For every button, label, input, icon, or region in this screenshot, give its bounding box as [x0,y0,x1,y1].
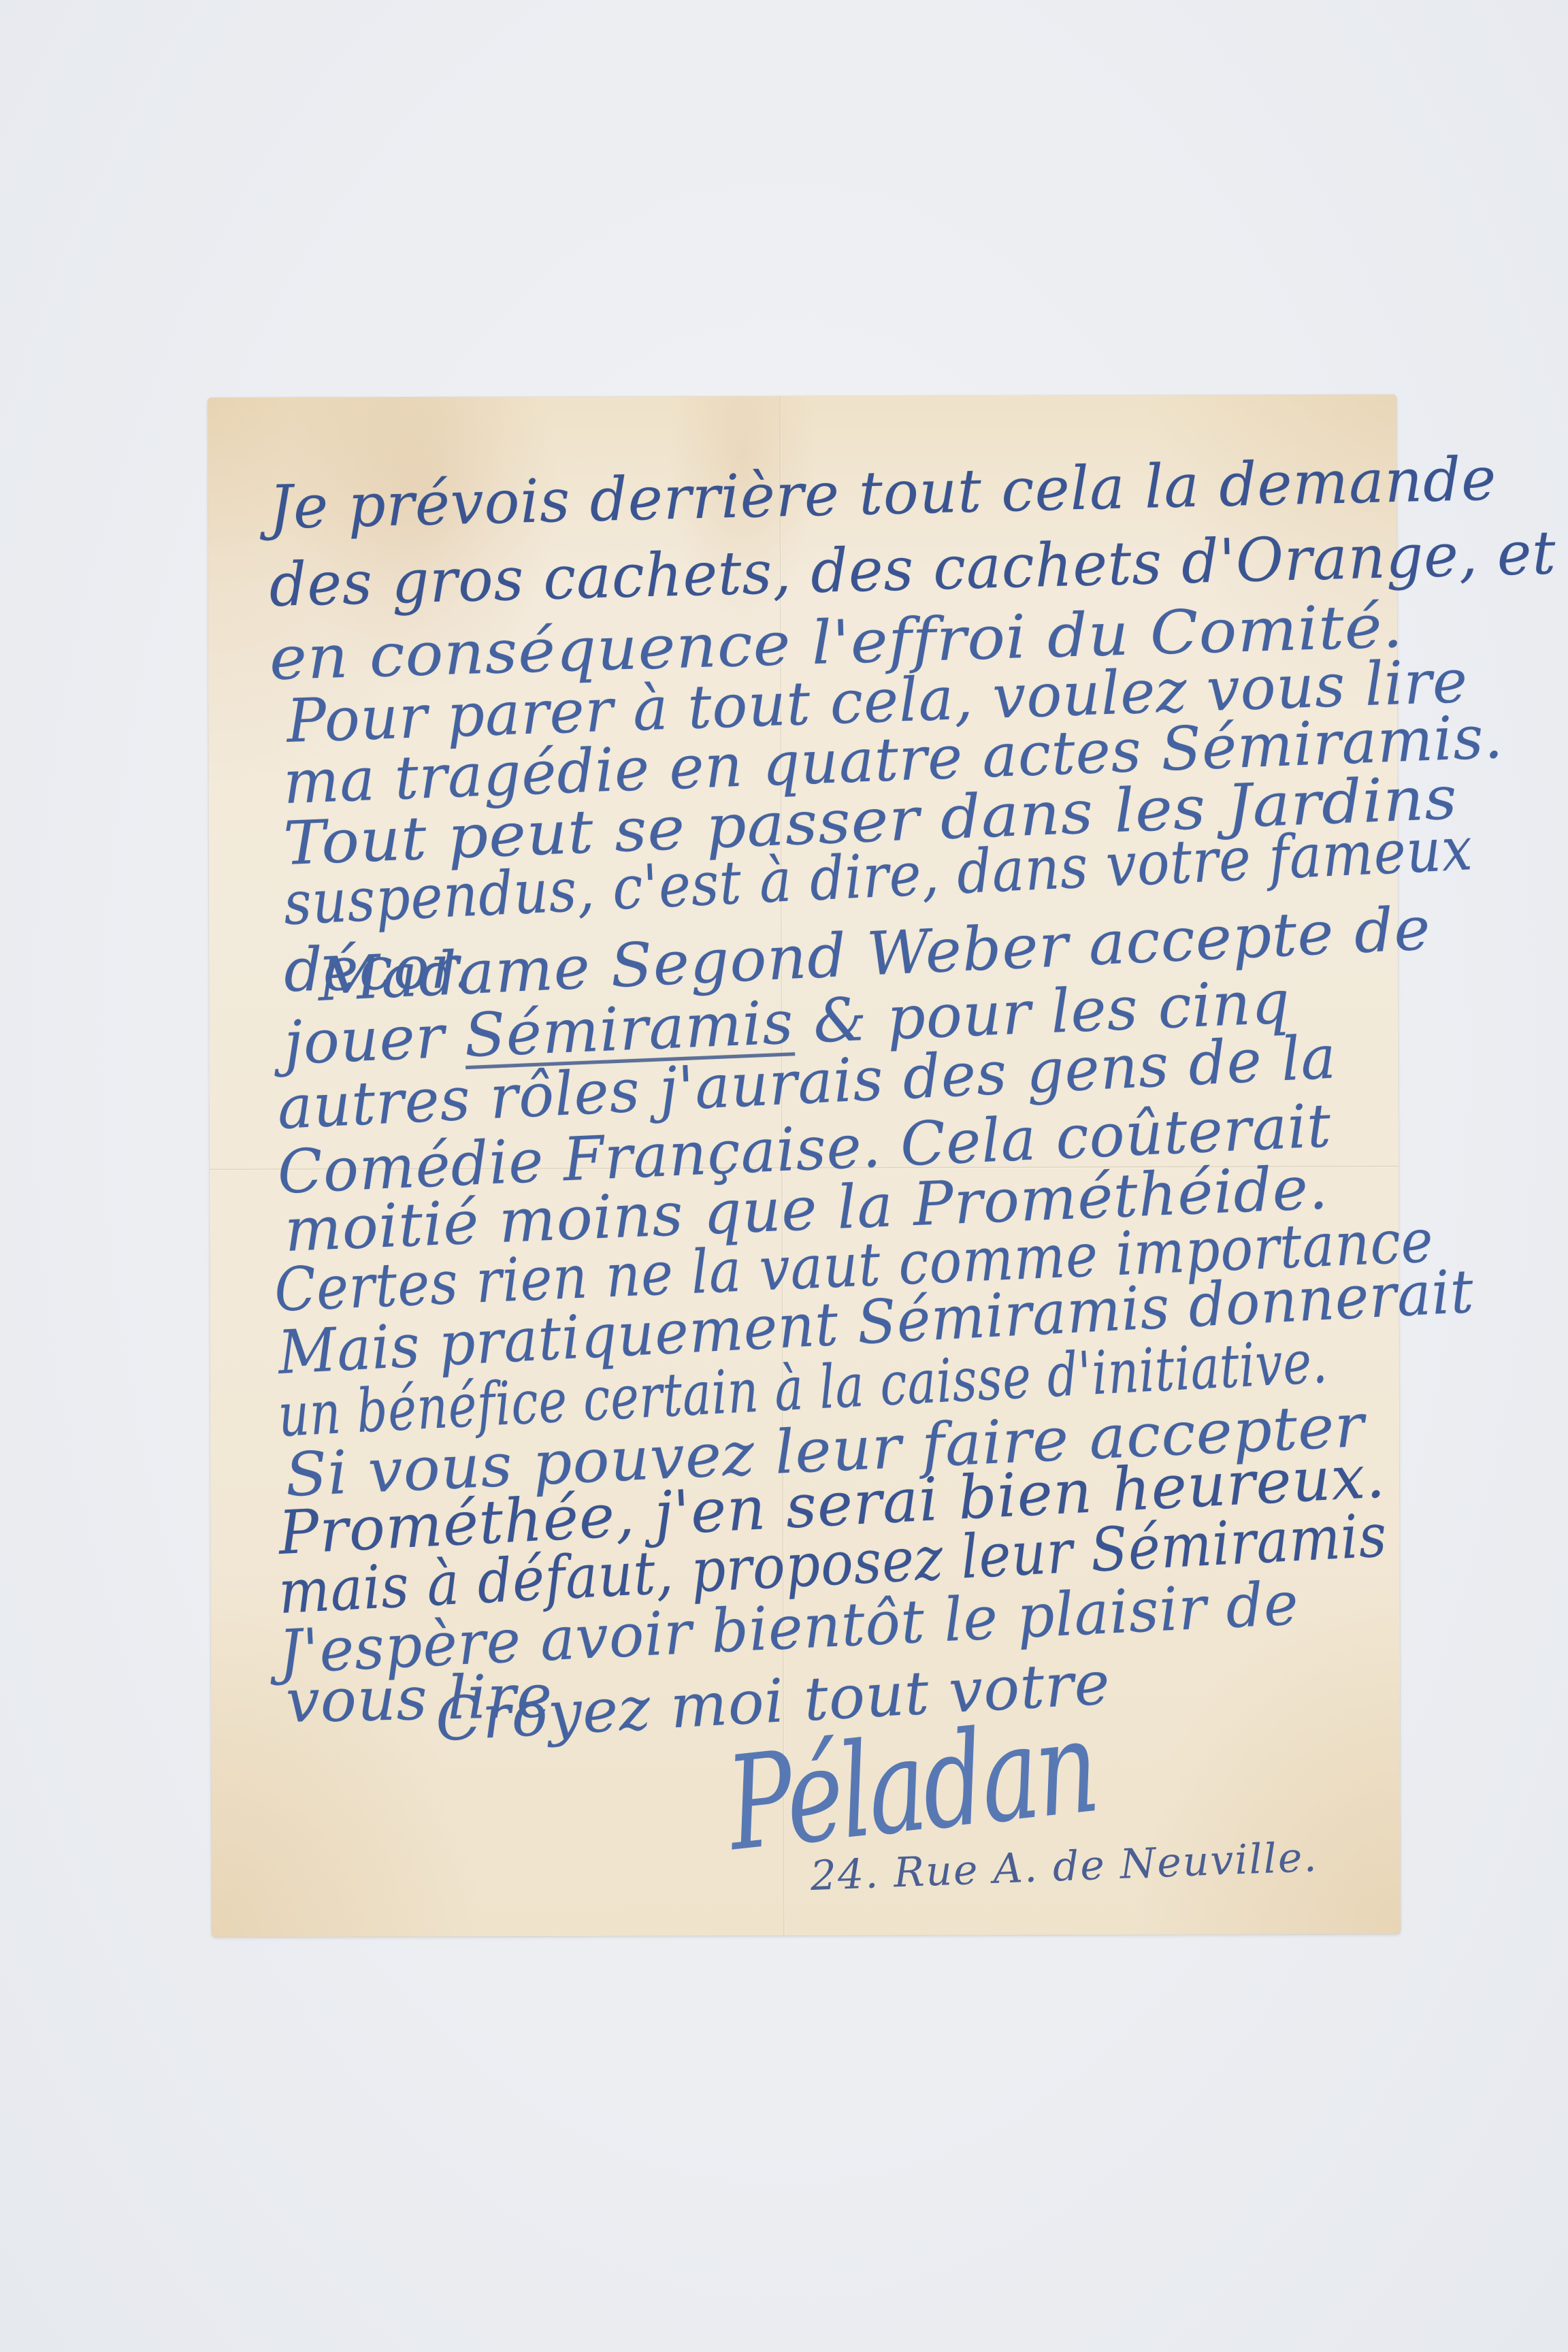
letter-sheet: Je prévois derrière tout cela la demande… [208,395,1401,1938]
letter-body: Je prévois derrière tout cela la demande… [208,395,1401,1938]
